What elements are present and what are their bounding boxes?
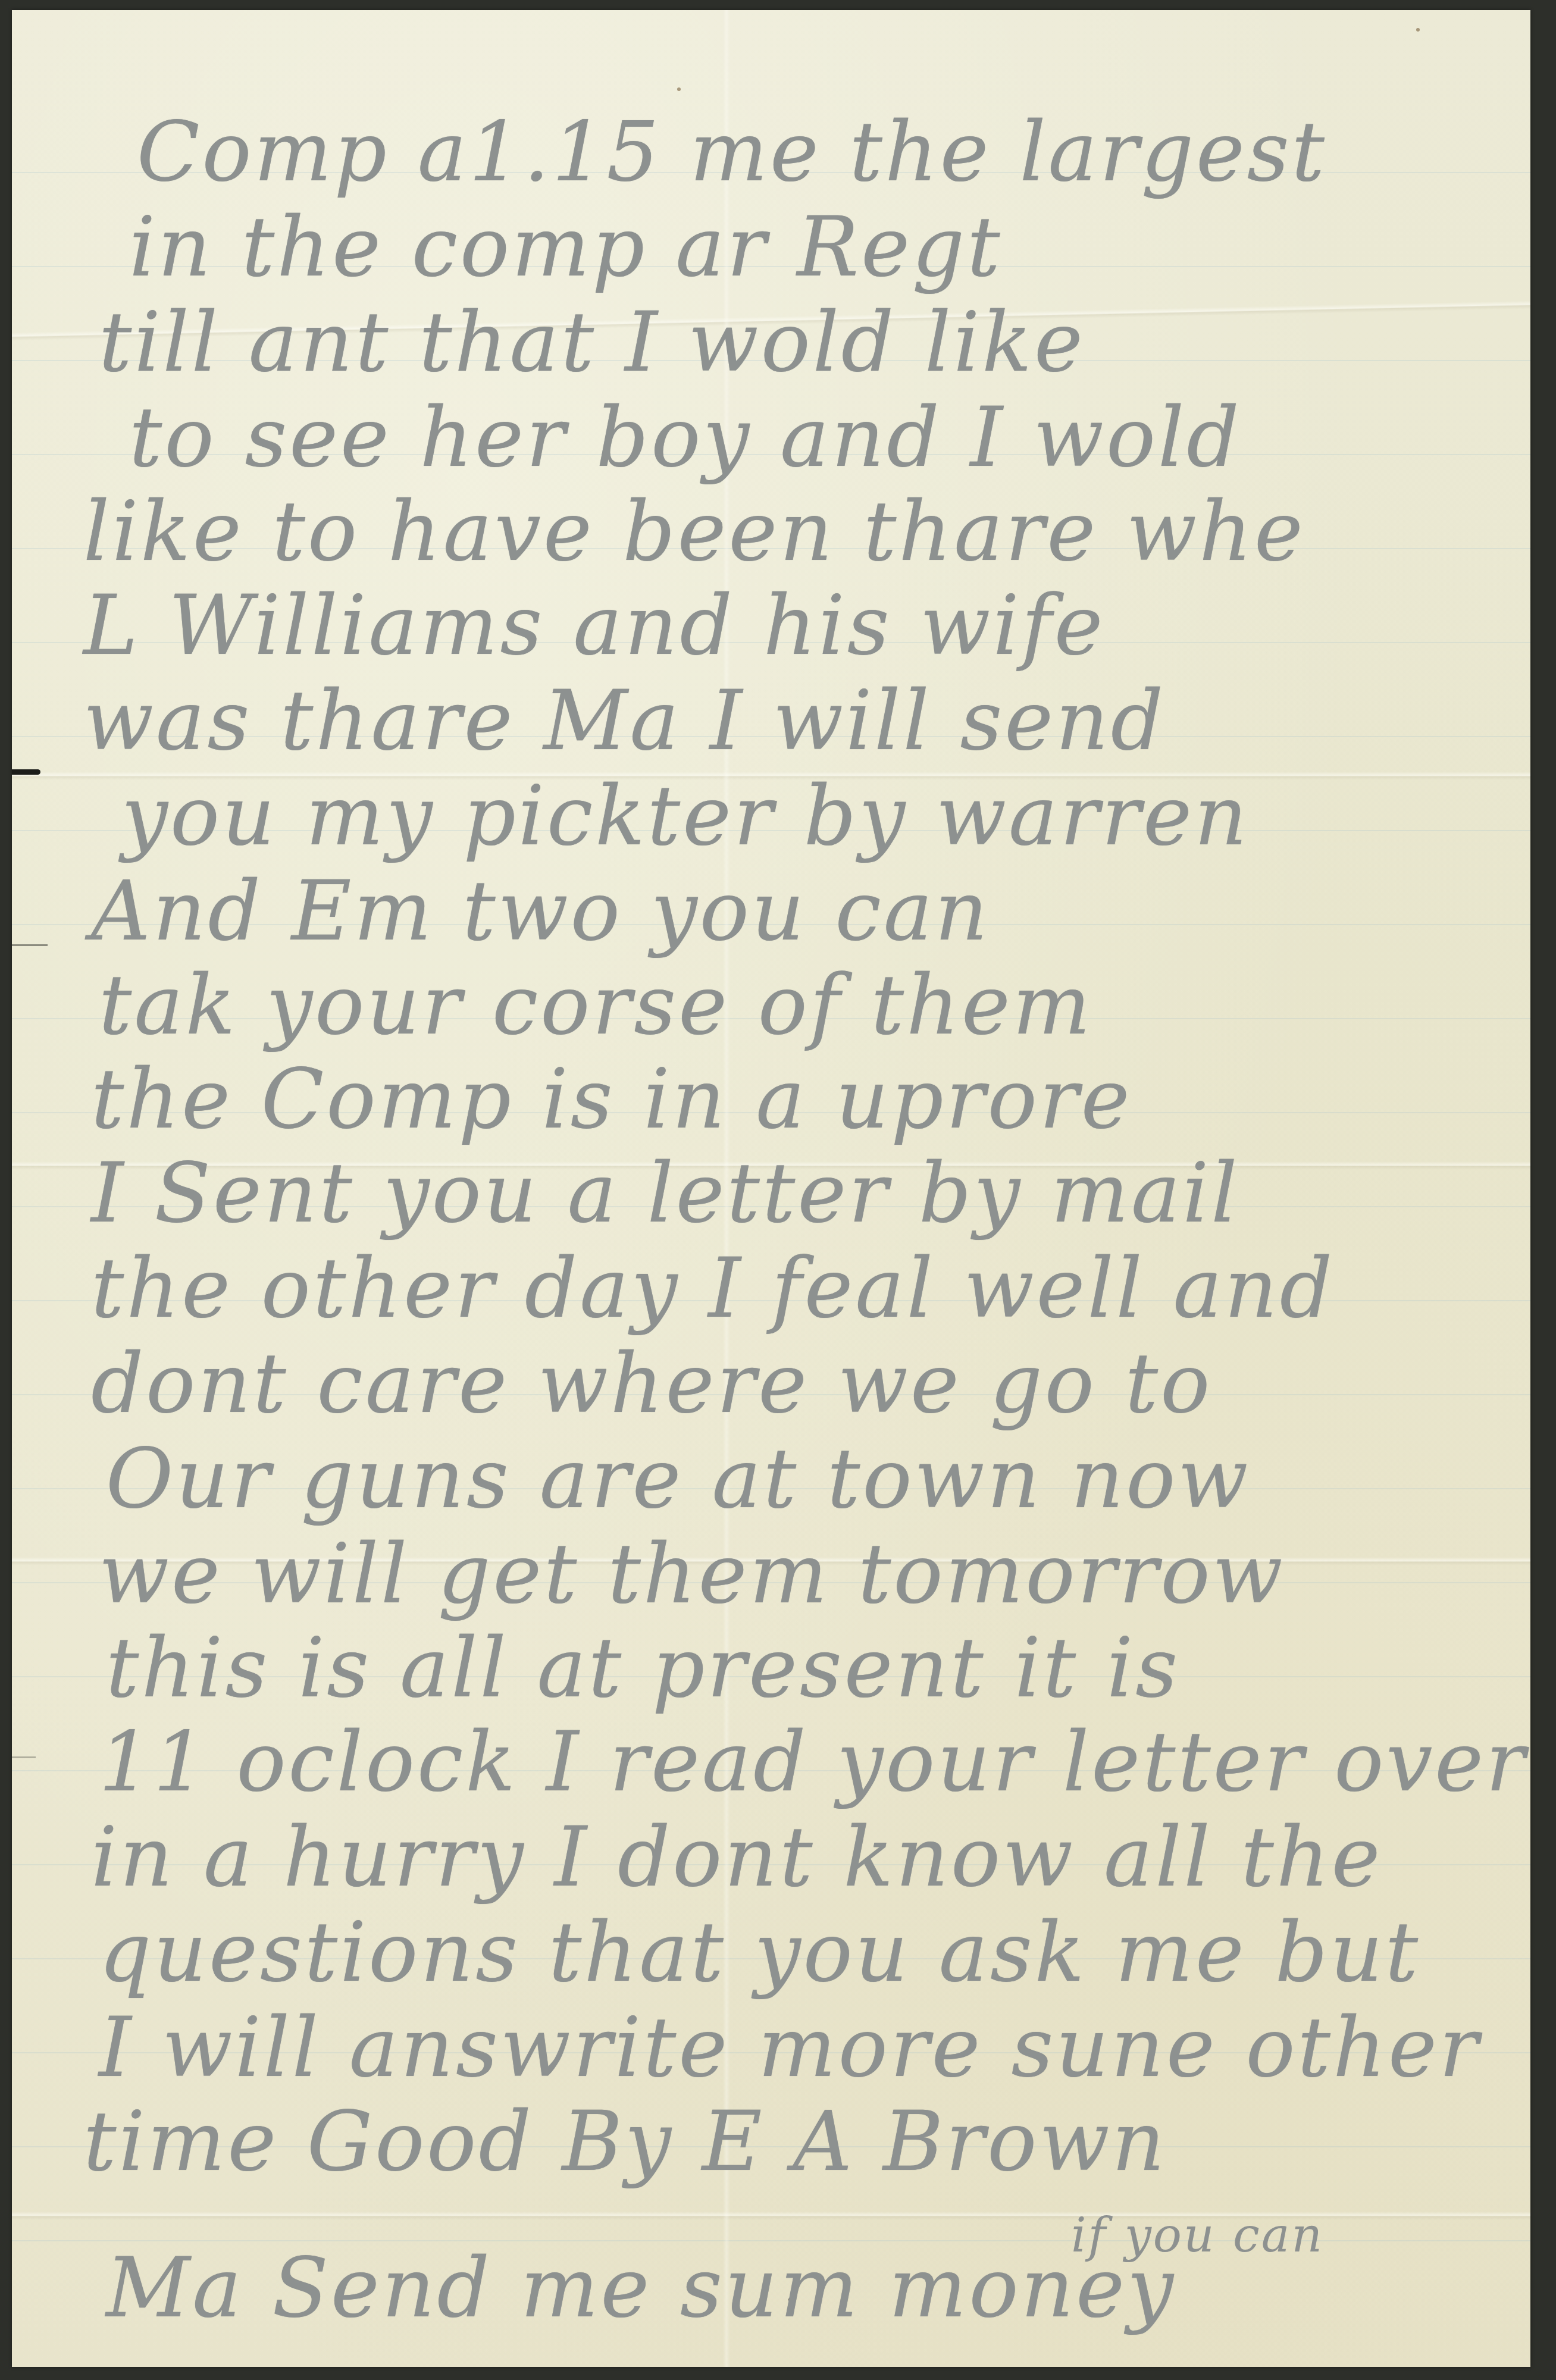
letter-insertion: if you can <box>1071 2212 1324 2259</box>
paper-speck <box>677 87 681 91</box>
letter-line: Comp a1.15 me the largest <box>137 111 1327 193</box>
edge-mark <box>12 1756 36 1758</box>
letter-line: And Em two you can <box>91 870 990 953</box>
letter-line: in the comp ar Regt <box>129 206 1003 289</box>
letter-line: to see her boy and I wold <box>129 397 1241 479</box>
letter-line: this is all at present it is <box>106 1627 1180 1709</box>
letter-line: like to have been thare whe <box>83 491 1305 573</box>
letter-line: till ant that I wold like <box>99 302 1085 384</box>
letter-page: Comp a1.15 me the largest in the comp ar… <box>12 10 1530 2367</box>
letter-line: the Comp is in a uprore <box>91 1059 1132 1141</box>
letter-line: dont care where we go to <box>91 1343 1212 1425</box>
letter-line: in a hurry I dont know all the <box>91 1817 1383 1899</box>
letter-line: we will get them tomorrow <box>99 1533 1285 1615</box>
paper-speck <box>1416 28 1420 32</box>
letter-line: I will answrite more sune other <box>99 2007 1481 2089</box>
letter-line: questions that you ask me but <box>99 1912 1420 1994</box>
edge-mark <box>12 944 48 946</box>
letter-line: I Sent you a letter by mail <box>91 1153 1240 1235</box>
letter-line: the other day I feal well and <box>91 1248 1335 1330</box>
edge-notch <box>12 769 40 775</box>
letter-line: Our guns are at town now <box>106 1438 1251 1520</box>
letter-line: was thare Ma I will send <box>83 680 1166 762</box>
letter-line: 11 oclock I read your letter over <box>99 1721 1527 1803</box>
letter-line: tak your corse of them <box>99 964 1093 1047</box>
letter-line: L Williams and his wife <box>83 585 1105 667</box>
letter-line: you my pickter by warren <box>121 775 1250 857</box>
letter-line: Ma Send me sum money <box>106 2247 1176 2329</box>
letter-line: time Good By E A Brown <box>83 2101 1167 2183</box>
